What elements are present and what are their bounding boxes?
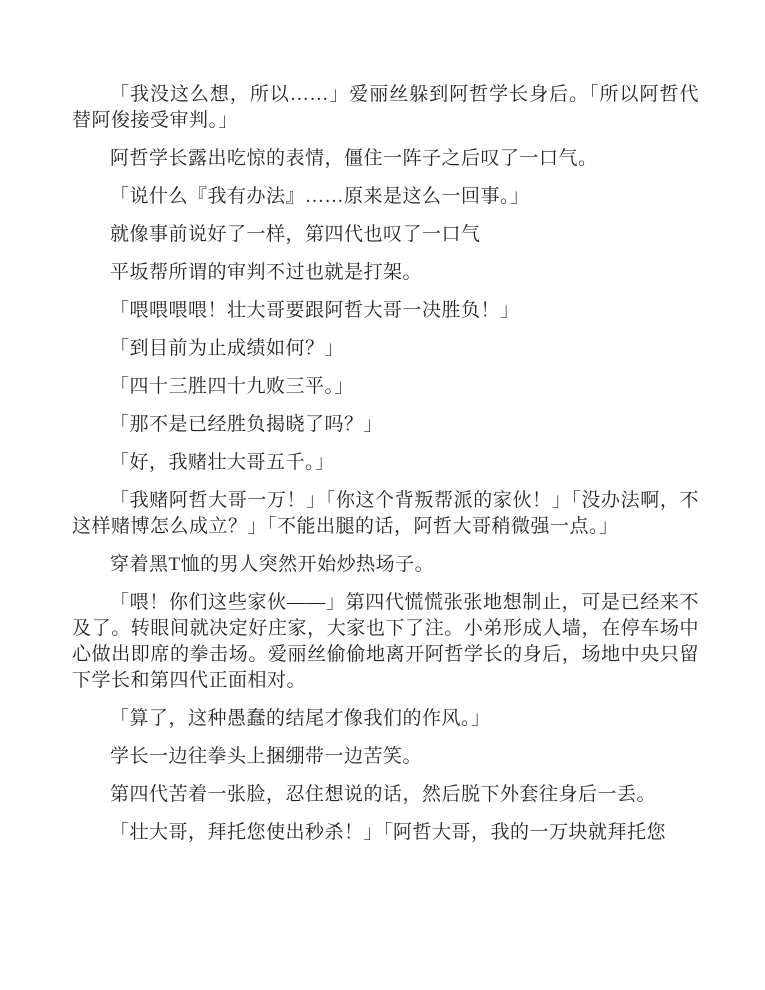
paragraph: 「说什么『我有办法』……原来是这么一回事。」 (72, 184, 699, 210)
paragraph: 「我赌阿哲大哥一万！」「你这个背叛帮派的家伙！」「没办法啊，不这样赌博怎么成立？… (72, 488, 699, 540)
document-page: 「我没这么想，所以……」爱丽丝躲到阿哲学长身后。「所以阿哲代替阿俊接受审判。」 … (0, 0, 765, 990)
paragraph: 「到目前为止成绩如何？」 (72, 336, 699, 362)
paragraph: 「喂喂喂喂！壮大哥要跟阿哲大哥一决胜负！」 (72, 298, 699, 324)
paragraph: 阿哲学长露出吃惊的表情，僵住一阵子之后叹了一口气。 (72, 146, 699, 172)
paragraph: 就像事前说好了一样，第四代也叹了一口气 (72, 222, 699, 248)
paragraph: 「那不是已经胜负揭晓了吗？」 (72, 412, 699, 438)
paragraph: 平坂帮所谓的审判不过也就是打架。 (72, 260, 699, 286)
paragraph: 第四代苦着一张脸，忍住想说的话，然后脱下外套往身后一丢。 (72, 782, 699, 808)
paragraph: 穿着黑T恤的男人突然开始炒热场子。 (72, 552, 699, 578)
paragraph: 「壮大哥，拜托您使出秒杀！」「阿哲大哥，我的一万块就拜托您 (72, 820, 699, 846)
paragraph: 「四十三胜四十九败三平。」 (72, 374, 699, 400)
paragraph: 「喂！你们这些家伙——」第四代慌慌张张地想制止，可是已经来不及了。转眼间就决定好… (72, 590, 699, 694)
paragraph: 学长一边往拳头上捆绷带一边苦笑。 (72, 744, 699, 770)
paragraph: 「我没这么想，所以……」爱丽丝躲到阿哲学长身后。「所以阿哲代替阿俊接受审判。」 (72, 82, 699, 134)
paragraph: 「算了，这种愚蠢的结尾才像我们的作风。」 (72, 706, 699, 732)
paragraph: 「好，我赌壮大哥五千。」 (72, 450, 699, 476)
